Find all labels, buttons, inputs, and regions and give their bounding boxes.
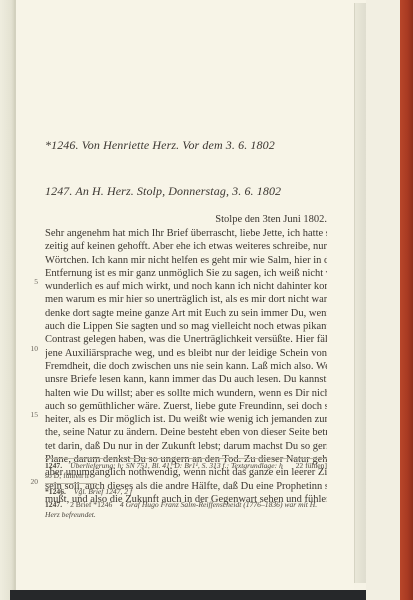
body-line: denke dort sagte meine ganze Art mit Euc… [45,307,327,320]
book-left-edge [0,0,14,600]
note-text: Vgl. Brief 1247, 2 f [74,487,132,496]
note-number: 1247. [45,461,62,470]
body-line: heiter, als es Dir möglich ist. Du weißt… [45,413,327,426]
body-line: unsre Briefe lesen kann, kann immer das … [45,373,327,386]
bottom-shadow [10,590,366,600]
body-line: zeitig auf keinen gehofft. Aber ehe ich … [45,240,327,253]
body-line: Fremdheit, die doch zwischen uns nie sei… [45,360,327,373]
note-number: *1246. [45,487,66,496]
body-line: Entfernung ist es mir ganz unmöglich Sie… [45,267,327,280]
transmission-note: 1247.Überlieferung: h: SN 751, Bl. 41; D… [45,461,327,481]
body-line: wunderlich es auf mich wirkt, und noch k… [45,280,327,293]
commentary-note-1247: 1247.2 Brief *1246 4 Graf Hugo Franz Sal… [45,500,327,520]
line-number: 10 [22,344,38,353]
letter-heading-1246: *1246. Von Henriette Herz. Vor dem 3. 6.… [45,138,275,153]
body-line: Wörtchen. Ich kann mir nicht helfen es g… [45,254,327,267]
body-line: Contrast gelegen haben, was die Unerträg… [45,333,327,346]
line-number: 15 [22,410,38,419]
transmission-text: Überlieferung: h: SN 751, Bl. 41; D: Br1… [70,461,283,470]
note-ref-1: 2 Brief *1246 [70,500,112,509]
body-line: jene Auxiliärsprache weg, und es bleibt … [45,347,327,360]
variant-reading: so D; führen h [45,471,327,481]
body-line: men warum es mir hier so unerträglich is… [45,293,327,306]
commentary-note-1246: *1246.Vgl. Brief 1247, 2 f [45,487,327,497]
line-number: 5 [22,277,38,286]
apparatus-divider [45,458,327,459]
book-cover-edge [400,0,413,600]
body-line: auch die Lippen Sie sagten und so mag vi… [45,320,327,333]
line-number: 20 [22,477,38,486]
body-line: the, seine Natur zu ändern. Deine besteh… [45,426,327,439]
body-line: halten wie Du willst; aber es sollte mic… [45,387,327,400]
note-number: 1247. [45,500,62,509]
body-line: Sehr angenehm hat mich Ihr Brief überras… [45,227,327,240]
body-line: auch so gemüthlicher wäre. Zuerst, liebe… [45,400,327,413]
letter-dateline: Stolpe den 3ten Juni 1802. [45,214,327,225]
page-margin-strip [366,0,400,600]
letter-heading-1247: 1247. An H. Herz. Stolp, Donnerstag, 3. … [45,184,281,199]
commentary-divider [45,483,97,484]
body-line: tet darin, daß Du nur in der Zukunft leb… [45,440,327,453]
variant-lemma: 22 fühlen] [296,461,327,471]
